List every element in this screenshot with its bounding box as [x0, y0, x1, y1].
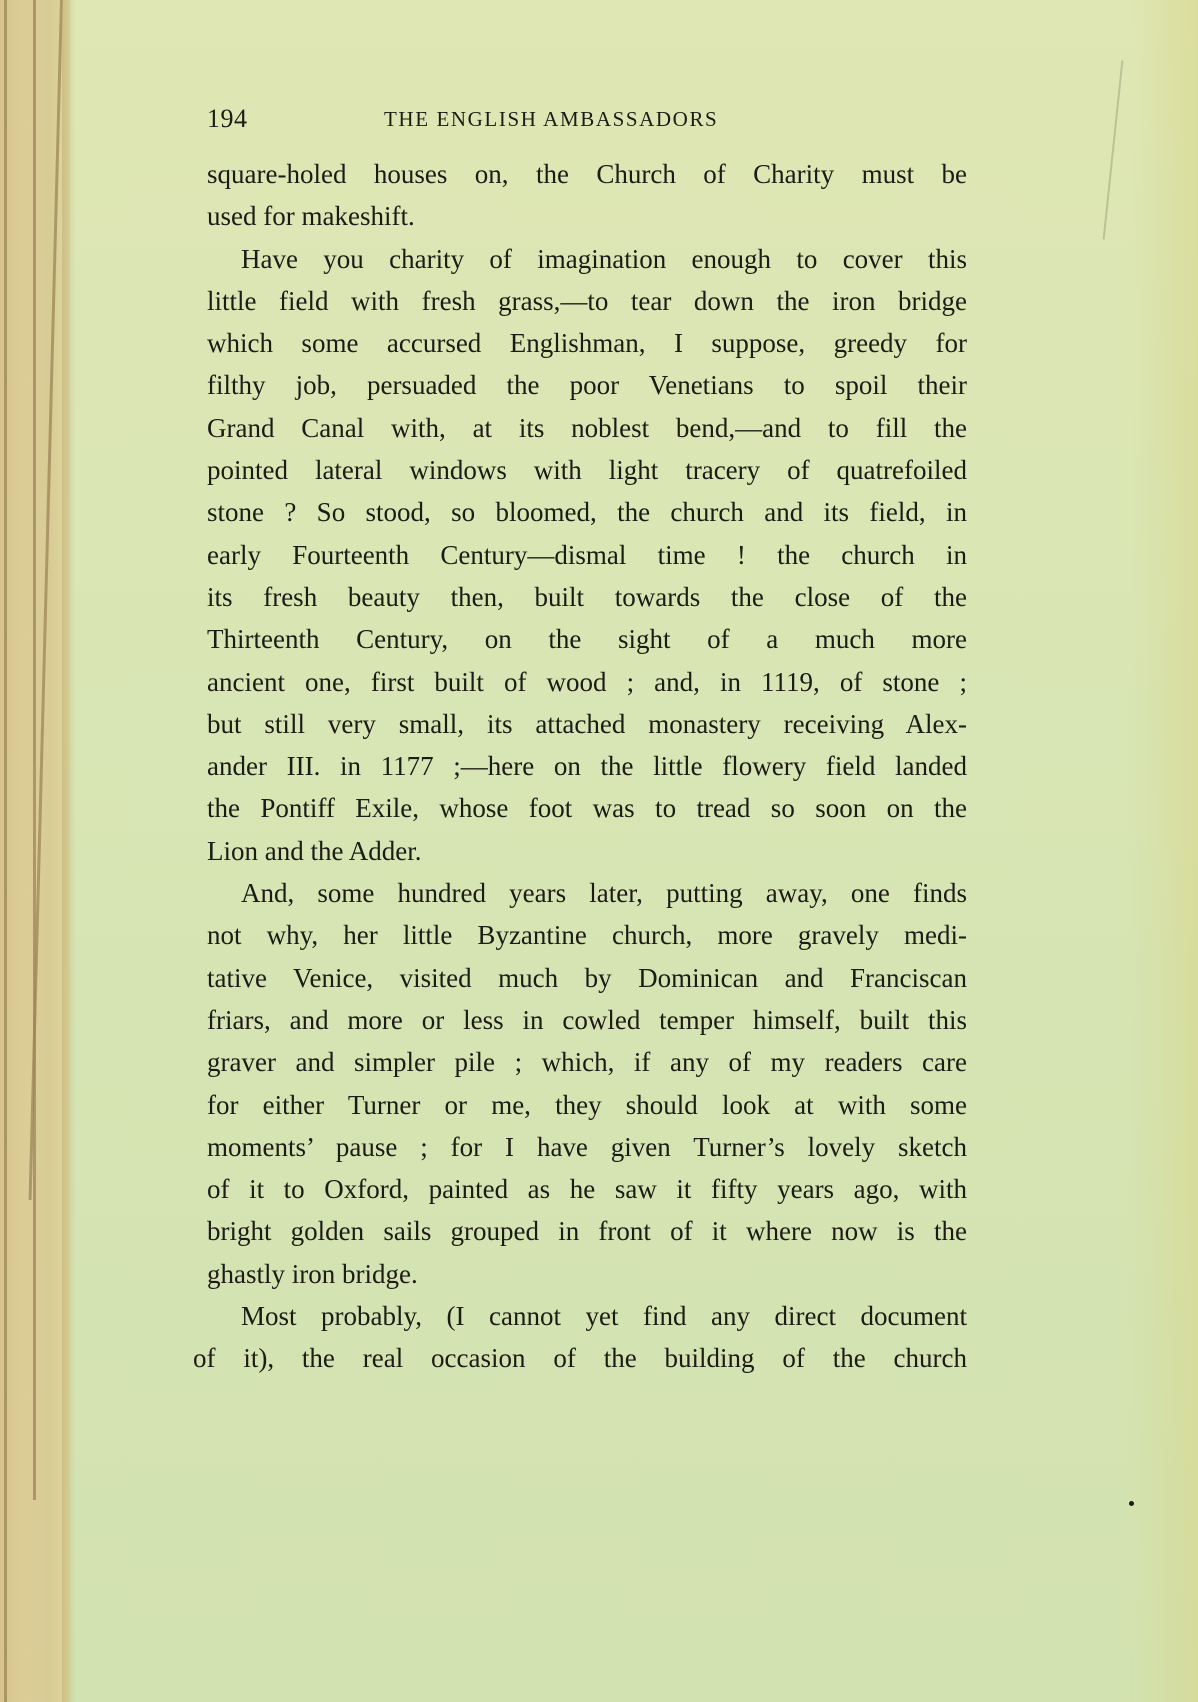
text-line: square-holed houses on, the Church of Ch…	[207, 153, 967, 195]
text-line: Grand Canal with, at its noblest bend,—a…	[207, 407, 967, 449]
text-line: tative Venice, visited much by Dominican…	[207, 957, 967, 999]
page-header: 194 THE ENGLISH AMBASSADORS	[207, 104, 967, 134]
text-line: not why, her little Byzantine church, mo…	[207, 914, 967, 956]
gutter-shadow	[62, 0, 76, 1702]
text-line: which some accursed Englishman, I suppos…	[207, 322, 967, 364]
page-edge-shadow	[1128, 0, 1198, 1702]
text-line: of it to Oxford, painted as he saw it fi…	[207, 1168, 967, 1210]
text-line: Lion and the Adder.	[207, 830, 967, 872]
text-line: moments’ pause ; for I have given Turner…	[207, 1126, 967, 1168]
text-line: pointed lateral windows with light trace…	[207, 449, 967, 491]
body-text: square-holed houses on, the Church of Ch…	[207, 153, 967, 1380]
ink-speck	[1129, 1501, 1134, 1506]
text-line: used for makeshift.	[207, 195, 967, 237]
text-line: the Pontiff Exile, whose foot was to tre…	[207, 787, 967, 829]
text-line: bright golden sails grouped in front of …	[207, 1210, 967, 1252]
text-line: little field with fresh grass,—to tear d…	[207, 280, 967, 322]
text-line: ancient one, first built of wood ; and, …	[207, 661, 967, 703]
paragraph-first-line: And, some hundred years later, putting a…	[207, 872, 967, 914]
text-line: its fresh beauty then, built towards the…	[207, 576, 967, 618]
text-line: graver and simpler pile ; which, if any …	[207, 1041, 967, 1083]
text-line: Thirteenth Century, on the sight of a mu…	[207, 618, 967, 660]
page-number: 194	[207, 104, 248, 134]
text-line: filthy job, persuaded the poor Venetians…	[207, 364, 967, 406]
text-line: friars, and more or less in cowled tempe…	[207, 999, 967, 1041]
page-edge-line	[4, 0, 7, 1702]
text-line: for either Turner or me, they should loo…	[207, 1084, 967, 1126]
page-edge-line	[33, 0, 36, 1500]
paragraph-first-line: Most probably, (I cannot yet find any di…	[207, 1295, 967, 1337]
book-binding-edges	[0, 0, 70, 1702]
text-line: stone ? So stood, so bloomed, the church…	[207, 491, 967, 533]
text-line: but still very small, its attached monas…	[207, 703, 967, 745]
paragraph-first-line: Have you charity of imagination enough t…	[207, 238, 967, 280]
text-line: ander III. in 1177 ;—here on the little …	[207, 745, 967, 787]
running-head-title: THE ENGLISH AMBASSADORS	[384, 107, 718, 132]
text-line: of it), the real occasion of the buildin…	[193, 1337, 967, 1379]
text-line: ghastly iron bridge.	[207, 1253, 967, 1295]
text-line: early Fourteenth Century—dismal time ! t…	[207, 534, 967, 576]
